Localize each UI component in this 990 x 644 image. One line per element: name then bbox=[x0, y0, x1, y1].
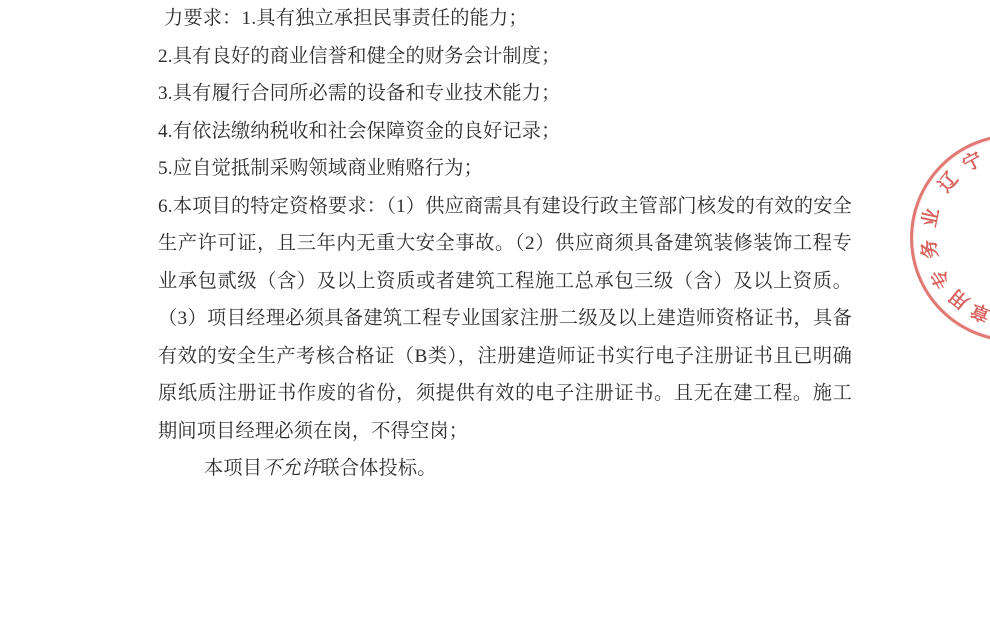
stamp-char: 业 bbox=[919, 205, 945, 231]
clause-5-anti-bribery: 5.应自觉抵制采购领域商业贿赂行为； bbox=[158, 150, 852, 188]
clause-3-equipment-capability: 3.具有履行合同所必需的设备和专业技术能力； bbox=[158, 75, 852, 113]
document-page: 力要求：1.具有独立承担民事责任的能力； 2.具有良好的商业信誉和健全的财务会计… bbox=[0, 0, 990, 644]
no-consortium-suffix: 联合体投标。 bbox=[320, 458, 436, 479]
stamp-char: 用 bbox=[945, 283, 976, 314]
clause-2-commercial-reputation: 2.具有良好的商业信誉和健全的财务会计制度； bbox=[158, 38, 852, 76]
clause-capability-continuation: 力要求：1.具有独立承担民事责任的能力； bbox=[158, 0, 852, 38]
stamp-circle-border bbox=[910, 134, 990, 342]
body-text: 力要求：1.具有独立承担民事责任的能力； 2.具有良好的商业信誉和健全的财务会计… bbox=[158, 0, 852, 488]
no-consortium-prefix: 本项目 bbox=[204, 458, 262, 479]
no-consortium-emphasis: 不允许 bbox=[262, 458, 320, 479]
clause-4-tax-record: 4.有依法缴纳税收和社会保障资金的良好记录； bbox=[158, 113, 852, 151]
stamp-char: 专 bbox=[927, 263, 957, 293]
stamp-char: 辽 bbox=[934, 168, 965, 199]
no-consortium-statement: 本项目不允许联合体投标。 bbox=[158, 450, 852, 488]
clause-6-specific-qualifications: 6.本项目的特定资格要求：（1）供应商需具有建设行政主管部门核发的有效的安全生产… bbox=[158, 188, 852, 451]
stamp-char: 宁 bbox=[958, 148, 988, 178]
stamp-char: 务 bbox=[918, 236, 943, 261]
stamp-char: 章 bbox=[967, 297, 990, 326]
